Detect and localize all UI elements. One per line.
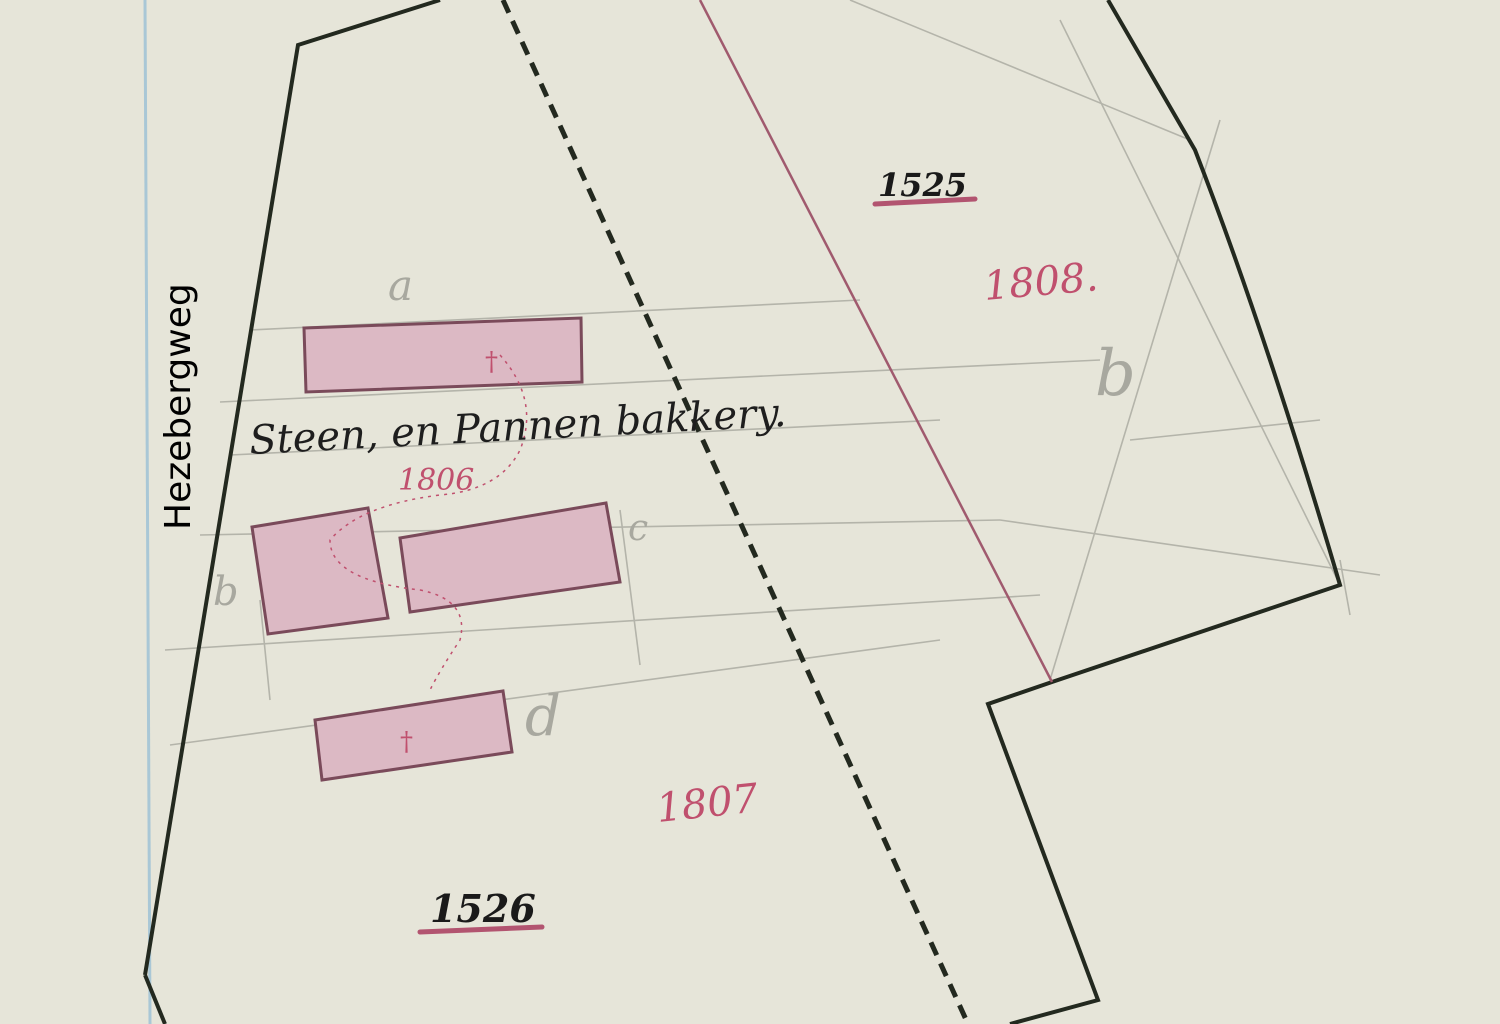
building-b (252, 508, 388, 634)
red-number-1806: 1806 (398, 463, 474, 498)
parcel-1525-label: 1525 (878, 166, 967, 204)
road-name-label: Hezebergweg (158, 283, 199, 530)
cross-mark-a: † (485, 347, 498, 377)
letter-d: d (525, 684, 561, 749)
letter-c: c (628, 508, 648, 549)
cross-mark-d: † (400, 727, 413, 757)
letter-b-right: b (1095, 337, 1136, 411)
building-a (304, 318, 582, 392)
letter-b: b (213, 569, 239, 615)
letter-a: a (388, 261, 413, 310)
paper-background (0, 0, 1500, 1024)
cadastral-map: 1525 1526 1808. 1806 1807 Steen, en Pann… (0, 0, 1500, 1024)
parcel-1526-label: 1526 (430, 886, 536, 931)
